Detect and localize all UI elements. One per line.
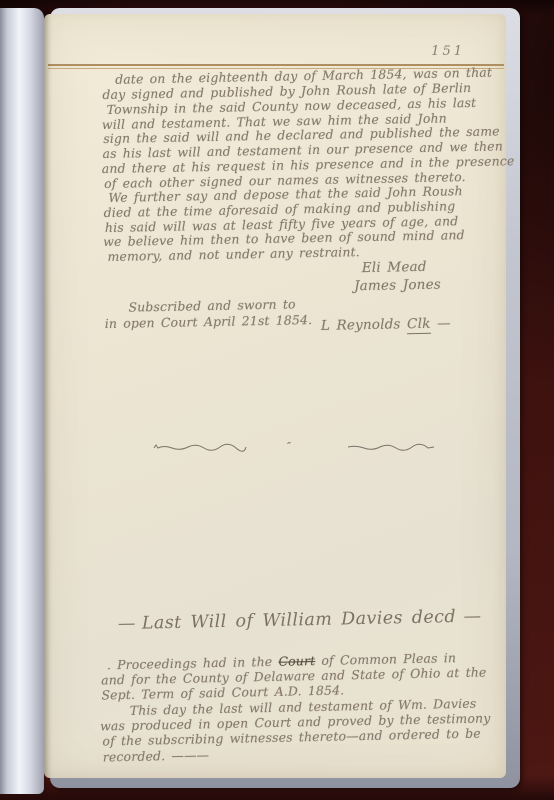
entry-title-text: Last Will of William Davies decd [142,607,456,634]
affidavit-section: date on the eighteenth day of March 1854… [43,6,511,335]
clerk-title-abbrev: Clk [407,316,431,334]
clerk-name: L Reynolds [321,316,408,334]
title-lead-dash: — [118,614,142,634]
witness-signature-eli-mead: Eli Mead [362,260,427,276]
separator-squiggle-right [346,442,436,452]
title-trail-dash: — [456,607,480,627]
page-sleeve-left [0,8,44,794]
witness-signature-james-jones: James Jones [354,278,441,295]
separator-tick-mark: ″ [287,440,291,453]
attestation-line: in open Court April 21st 1854. [105,312,313,331]
entry-title: — Last Will of William Davies decd — [104,606,494,634]
signature-flourish: — [430,315,451,331]
proceedings-line: recorded. ——— [103,747,210,764]
separator-squiggle-left [152,442,248,452]
book-cover-background: 151 date on the eighteenth day of March … [0,0,554,800]
record-book-page: 151 date on the eighteenth day of March … [44,14,506,778]
overwritten-word: Court [278,653,315,669]
clerk-signature: L Reynolds Clk — [321,316,451,333]
